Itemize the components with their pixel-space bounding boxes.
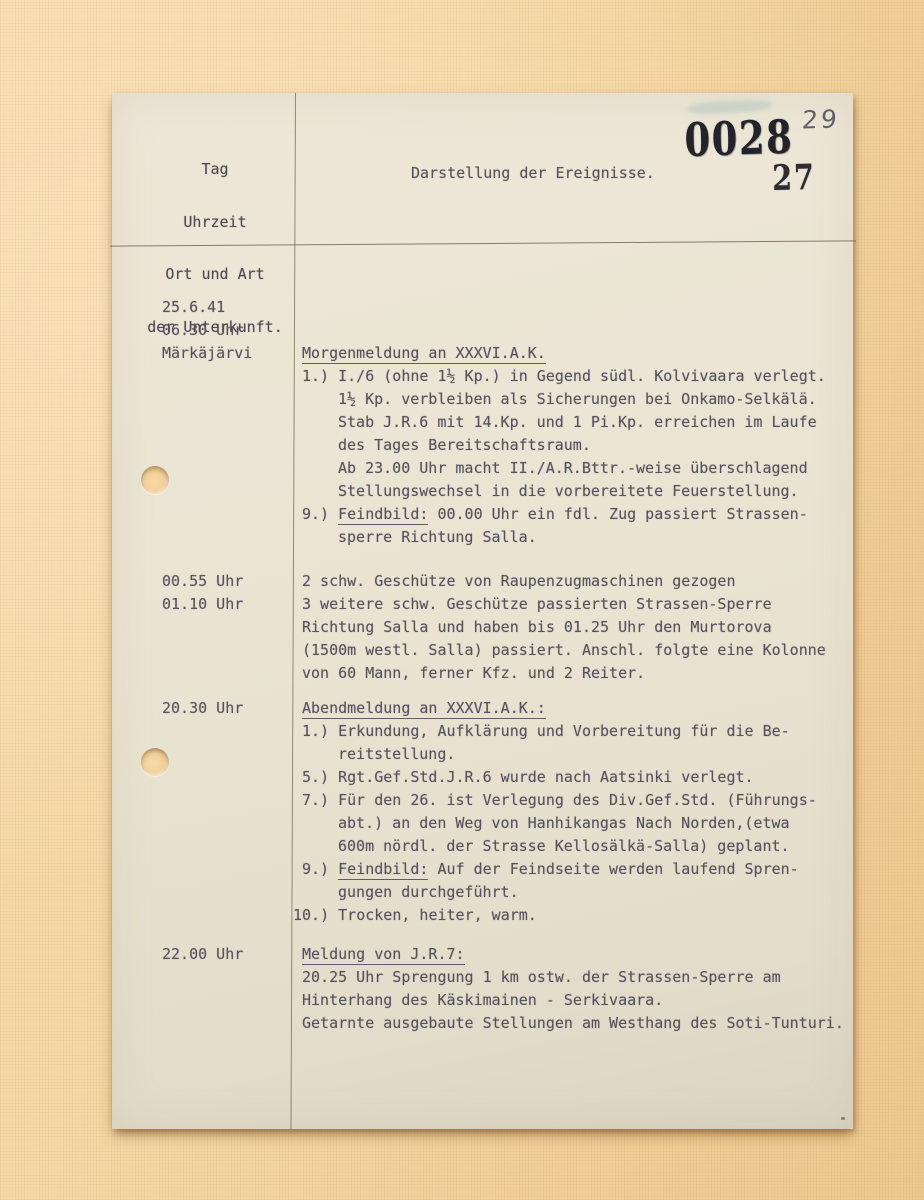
entry-line: Abendmeldung an XXXVI.A.K.: xyxy=(302,697,546,720)
entry-time-line: 06.30 Uhr xyxy=(162,319,243,342)
underlined-text: Feindbild: xyxy=(338,505,428,525)
entry-line: Getarnte ausgebaute Stellungen am Westha… xyxy=(302,1012,844,1035)
entry-line: Ab 23.00 Uhr macht II./A.R.Bttr.-weise ü… xyxy=(302,457,808,480)
entry-item-number: 9.) xyxy=(302,505,338,523)
entry-line: 10.) Trocken, heiter, warm. xyxy=(293,904,537,927)
entry-time-line: Märkäjärvi xyxy=(162,342,252,365)
photo-backdrop: { "document": { "page_number_stamp": "00… xyxy=(0,0,924,1200)
entry-line: 3 weitere schw. Geschütze passierten Str… xyxy=(302,593,772,616)
entry-item-number: 7.) xyxy=(302,791,338,809)
entry-line: 5.) Rgt.Gef.Std.J.R.6 wurde nach Aatsink… xyxy=(302,766,754,789)
entry-line: reitstellung. xyxy=(302,743,455,766)
header-left-line: Uhrzeit xyxy=(125,214,305,232)
entry-time-line: 22.00 Uhr xyxy=(162,943,243,966)
entry-time-line: 25.6.41 xyxy=(162,296,225,319)
entry-line: 2 schw. Geschütze von Raupenzugmaschinen… xyxy=(302,570,735,593)
entry-line: (1500m westl. Salla) passiert. Anschl. f… xyxy=(302,639,826,662)
entry-line: sperre Richtung Salla. xyxy=(302,526,537,549)
entry-line: 9.) Feindbild: 00.00 Uhr ein fdl. Zug pa… xyxy=(302,503,808,526)
entry-time-line: 00.55 Uhr xyxy=(162,570,243,593)
entry-line: 9.) Feindbild: Auf der Feindseite werden… xyxy=(302,858,799,881)
diary-page: Tag Uhrzeit Ort und Art der Unterkunft. … xyxy=(112,93,853,1129)
entry-item-number: 5.) xyxy=(302,768,338,786)
entry-line: Morgenmeldung an XXXVI.A.K. xyxy=(302,342,546,365)
entry-line: Stab J.R.6 mit 14.Kp. und 1 Pi.Kp. errei… xyxy=(302,411,817,434)
serial-number-stamp: 0028 xyxy=(684,113,794,163)
entry-item-number: 1.) xyxy=(302,722,338,740)
entry-line: Meldung von J.R.7: xyxy=(302,943,465,966)
header-left-line: Ort und Art xyxy=(125,266,305,284)
events-column-title: Darstellung der Ereignisse. xyxy=(411,162,655,185)
entry-line: abt.) an den Weg von Hanhikangas Nach No… xyxy=(302,812,790,835)
underlined-heading: Morgenmeldung an XXXVI.A.K. xyxy=(302,344,546,364)
entry-line: 20.25 Uhr Sprengung 1 km ostw. der Stras… xyxy=(302,966,781,989)
entry-line: Richtung Salla und haben bis 01.25 Uhr d… xyxy=(302,616,772,639)
entry-line: gungen durchgeführt. xyxy=(302,881,519,904)
paper-speck xyxy=(841,1117,845,1120)
entry-line: Stellungswechsel in die vorbereitete Feu… xyxy=(302,480,799,503)
hole-punch-top xyxy=(141,466,169,494)
entry-line: 7.) Für den 26. ist Verlegung des Div.Ge… xyxy=(302,789,817,812)
underlined-heading: Abendmeldung an XXXVI.A.K.: xyxy=(302,699,546,719)
entry-line: des Tages Bereitschaftsraum. xyxy=(302,434,591,457)
entry-line: 1.) I./6 (ohne 1½ Kp.) in Gegend südl. K… xyxy=(302,365,826,388)
entry-line: Hinterhang des Käskimainen - Serkivaara. xyxy=(302,989,663,1012)
entry-item-number: 9.) xyxy=(302,860,338,878)
page-number-stamp: 27 xyxy=(772,160,816,196)
entry-line: 600m nördl. der Strasse Kellosälkä-Salla… xyxy=(302,835,790,858)
entry-line: von 60 Mann, ferner Kfz. und 2 Reiter. xyxy=(302,662,645,685)
underlined-heading: Meldung von J.R.7: xyxy=(302,945,465,965)
entry-time-line: 20.30 Uhr xyxy=(162,697,243,720)
pencil-page-number: 29 xyxy=(801,106,841,132)
entry-line: 1.) Erkundung, Aufklärung und Vorbereitu… xyxy=(302,720,790,743)
entry-time-line: 01.10 Uhr xyxy=(162,593,243,616)
entry-item-number: 10.) xyxy=(293,906,338,924)
entry-line: 1½ Kp. verbleiben als Sicherungen bei On… xyxy=(302,388,817,411)
hole-punch-bottom xyxy=(141,748,169,776)
entry-item-number: 1.) xyxy=(302,367,338,385)
header-left-line: Tag xyxy=(125,161,305,179)
underlined-text: Feindbild: xyxy=(338,860,428,880)
